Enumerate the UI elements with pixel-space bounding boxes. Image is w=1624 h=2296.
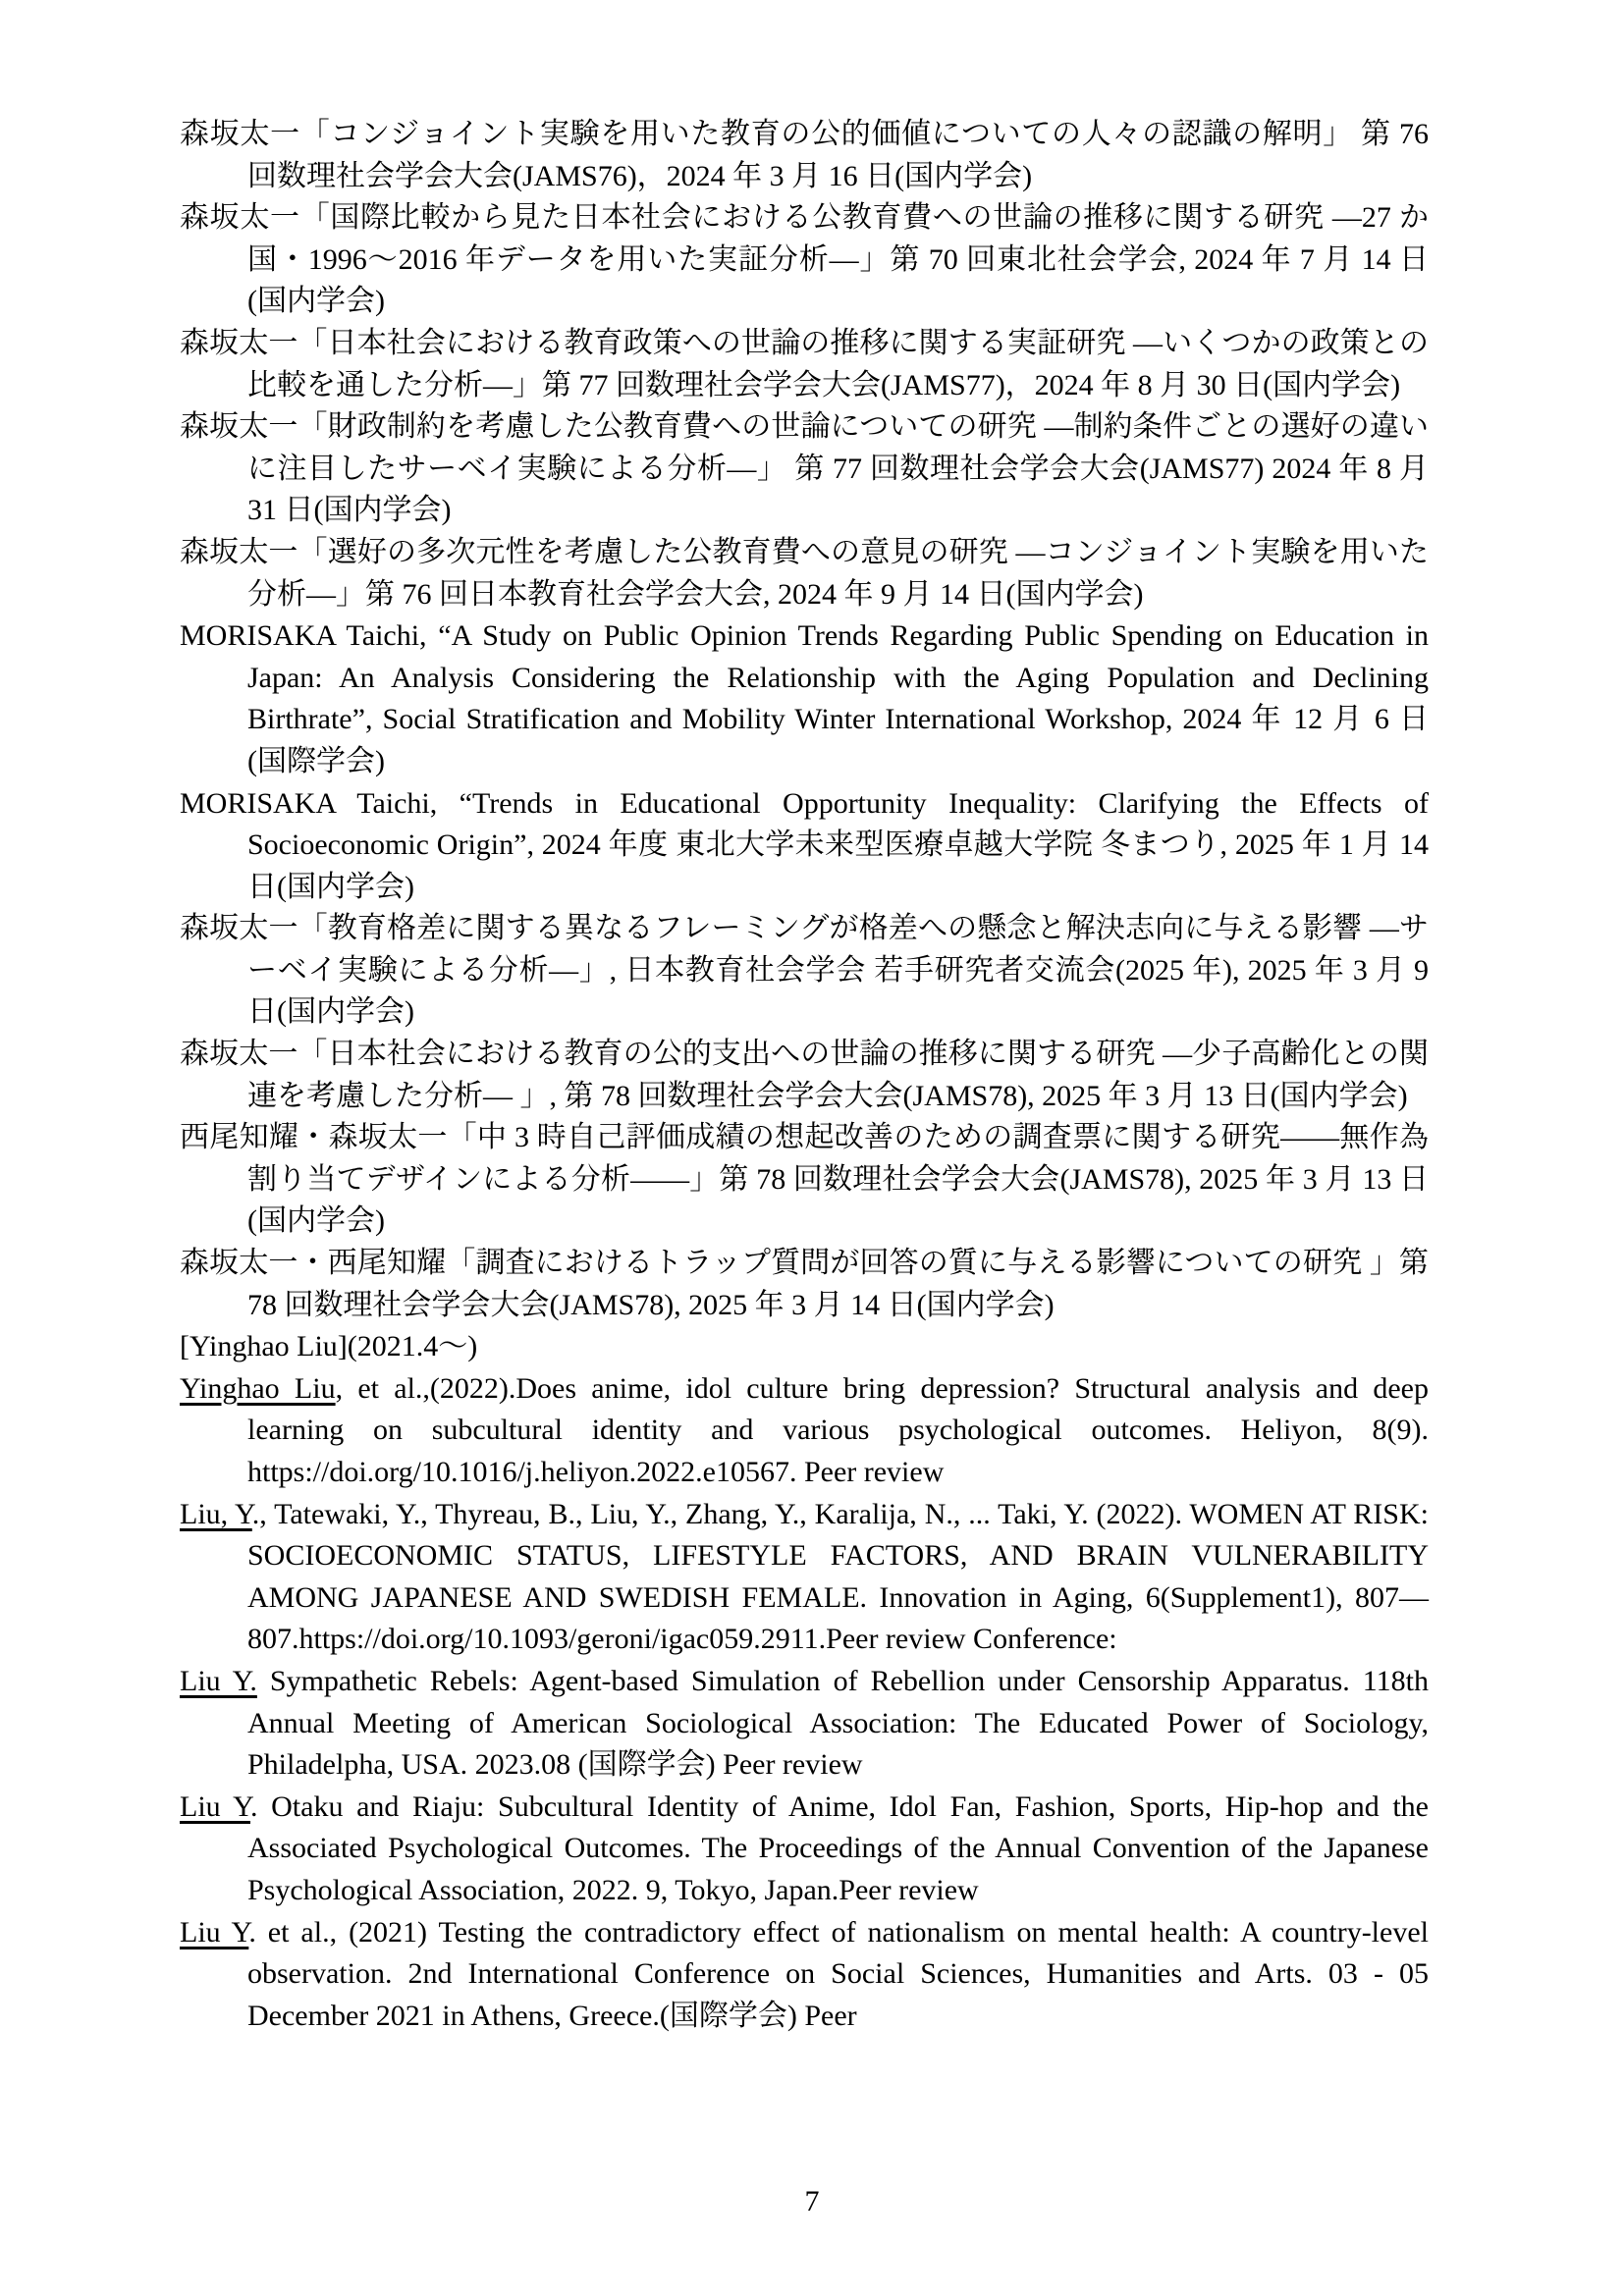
author-name-underlined: Liu Y — [180, 1916, 248, 1949]
entry-text: [Yinghao Liu](2021.4〜) — [180, 1330, 477, 1362]
publication-entry: 森坂太一「教育格差に関する異なるフレーミングが格差への懸念と解決志向に与える影響… — [180, 908, 1429, 1034]
publication-entry: Liu Y. Sympathetic Rebels: Agent-based S… — [180, 1661, 1429, 1787]
entry-text: ., Tatewaki, Y., Thyreau, B., Liu, Y., Z… — [247, 1498, 1429, 1656]
publication-entry: 西尾知耀・森坂太一「中 3 時自己評価成績の想起改善のための調査票に関する研究—… — [180, 1117, 1429, 1243]
entry-text: . Otaku and Riaju: Subcultural Identity … — [247, 1790, 1429, 1906]
publication-list: 森坂太一「コンジョイント実験を用いた教育の公的価値についての人々の認識の解明」 … — [180, 114, 1429, 2037]
entry-text: 森坂太一「コンジョイント実験を用いた教育の公的価値についての人々の認識の解明」 … — [180, 118, 1429, 192]
entry-text: 森坂太一「日本社会における教育の公的支出への世論の推移に関する研究 —少子高齢化… — [180, 1038, 1429, 1112]
entry-text: 森坂太一「国際比較から見た日本社会における公教育費への世論の推移に関する研究 —… — [180, 201, 1429, 317]
entry-text: 森坂太一「財政制約を考慮した公教育費への世論についての研究 —制約条件ごとの選好… — [180, 410, 1429, 526]
publication-entry: 森坂太一「選好の多次元性を考慮した公教育費への意見の研究 —コンジョイント実験を… — [180, 532, 1429, 615]
author-name-underlined: Liu Y. — [180, 1665, 257, 1697]
entry-text: MORISAKA Taichi, “Trends in Educational … — [180, 787, 1429, 903]
publication-entry: 森坂太一「財政制約を考慮した公教育費への世論についての研究 —制約条件ごとの選好… — [180, 406, 1429, 532]
author-name-underlined: Liu, Y — [180, 1498, 252, 1530]
author-name-underlined: Yinghao Liu — [180, 1372, 336, 1405]
entry-text: 森坂太一・西尾知耀「調査におけるトラップ質問が回答の質に与える影響についての研究… — [180, 1247, 1429, 1321]
page-number: 7 — [0, 2181, 1624, 2223]
entry-text: MORISAKA Taichi, “A Study on Public Opin… — [180, 619, 1429, 777]
entry-text: 森坂太一「選好の多次元性を考慮した公教育費への意見の研究 —コンジョイント実験を… — [180, 536, 1429, 611]
publication-entry: MORISAKA Taichi, “Trends in Educational … — [180, 783, 1429, 909]
publication-entry: 森坂太一「国際比較から見た日本社会における公教育費への世論の推移に関する研究 —… — [180, 197, 1429, 323]
publication-entry: 森坂太一・西尾知耀「調査におけるトラップ質問が回答の質に与える影響についての研究… — [180, 1243, 1429, 1326]
publication-entry: 森坂太一「日本社会における教育政策への世論の推移に関する実証研究 —いくつかの政… — [180, 323, 1429, 406]
entry-text: . et al., (2021) Testing the contradicto… — [247, 1916, 1429, 2032]
author-name-underlined: Liu Y — [180, 1790, 250, 1823]
entry-text: 西尾知耀・森坂太一「中 3 時自己評価成績の想起改善のための調査票に関する研究—… — [180, 1121, 1429, 1237]
entry-text: , et al.,(2022).Does anime, idol culture… — [247, 1372, 1429, 1488]
publication-entry: MORISAKA Taichi, “A Study on Public Opin… — [180, 615, 1429, 782]
publication-entry: Liu, Y., Tatewaki, Y., Thyreau, B., Liu,… — [180, 1494, 1429, 1661]
entry-text: 森坂太一「教育格差に関する異なるフレーミングが格差への懸念と解決志向に与える影響… — [180, 912, 1429, 1028]
publication-entry: [Yinghao Liu](2021.4〜) — [180, 1326, 1429, 1368]
publication-entry: 森坂太一「コンジョイント実験を用いた教育の公的価値についての人々の認識の解明」 … — [180, 114, 1429, 197]
publication-entry: Liu Y. Otaku and Riaju: Subcultural Iden… — [180, 1787, 1429, 1912]
publication-entry: Liu Y. et al., (2021) Testing the contra… — [180, 1912, 1429, 2038]
entry-text: 森坂太一「日本社会における教育政策への世論の推移に関する実証研究 —いくつかの政… — [180, 327, 1429, 401]
publication-entry: 森坂太一「日本社会における教育の公的支出への世論の推移に関する研究 —少子高齢化… — [180, 1034, 1429, 1117]
document-page: 森坂太一「コンジョイント実験を用いた教育の公的価値についての人々の認識の解明」 … — [0, 0, 1624, 2296]
entry-text: Sympathetic Rebels: Agent-based Simulati… — [247, 1665, 1429, 1781]
publication-entry: Yinghao Liu, et al.,(2022).Does anime, i… — [180, 1368, 1429, 1494]
